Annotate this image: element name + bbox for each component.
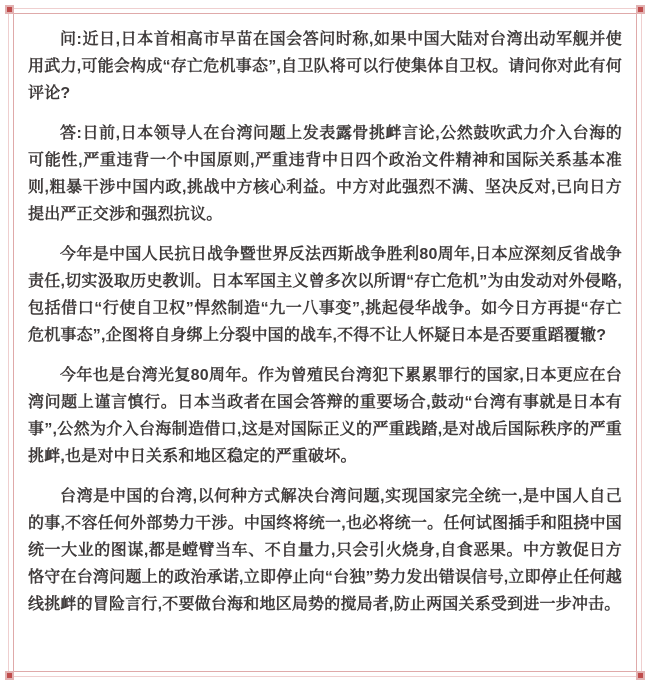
press-qa-document: 问:近日,日本首相高市早苗在国会答问时称,如果中国大陆对台湾出动军舰并使用武力,… [0, 0, 650, 685]
answer-paragraph-1: 答:日前,日本领导人在台湾问题上发表露骨挑衅言论,公然鼓吹武力介入台海的可能性,… [28, 120, 622, 228]
question-paragraph: 问:近日,日本首相高市早苗在国会答问时称,如果中国大陆对台湾出动军舰并使用武力,… [28, 26, 622, 107]
answer-paragraph-4: 台湾是中国的台湾,以何种方式解决台湾问题,实现国家完全统一,是中国人自己的事,不… [28, 483, 622, 618]
answer-paragraph-3: 今年也是台湾光复80周年。作为曾殖民台湾犯下累累罪行的国家,日本更应在台湾问题上… [28, 362, 622, 470]
answer-paragraph-2: 今年是中国人民抗日战争暨世界反法西斯战争胜利80周年,日本应深刻反省战争责任,切… [28, 241, 622, 349]
corner-ornament-bottom-right [636, 671, 645, 680]
corner-ornament-bottom-left [5, 671, 14, 680]
corner-ornament-top-right [636, 5, 645, 14]
corner-ornament-top-left [5, 5, 14, 14]
statement-body: 问:近日,日本首相高市早苗在国会答问时称,如果中国大陆对台湾出动军舰并使用武力,… [28, 26, 622, 665]
